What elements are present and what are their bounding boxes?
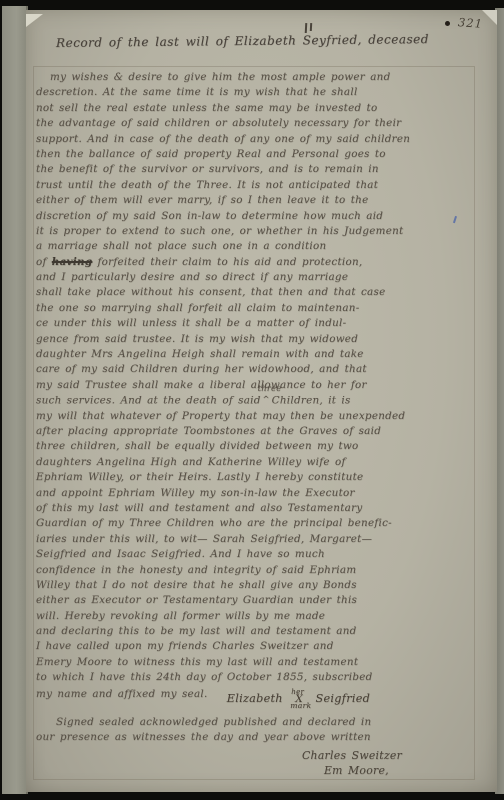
page-number: 321 xyxy=(458,15,484,31)
will-text-line: after placing appropriate Toombstones at… xyxy=(36,424,481,439)
caret-insertion: three xyxy=(261,393,272,403)
signature-first-name: Elizabeth xyxy=(227,692,283,705)
will-text: my wishes & desire to give him the most … xyxy=(36,70,481,782)
will-text-line: shall take place without his consent, th… xyxy=(36,285,481,300)
will-text-line: the one so marrying shall forfeit all cl… xyxy=(36,301,481,316)
will-text-line: I have called upon my friends Charles Sw… xyxy=(36,639,481,654)
inserted-word: three xyxy=(258,381,282,396)
testator-signature: Elizabeth her X mark Seigfried xyxy=(227,692,370,705)
page-corner-left xyxy=(26,14,43,27)
will-text-line: descretion. At the same time it is my wi… xyxy=(36,85,481,100)
will-text-line: ce under this will unless it shall be a … xyxy=(36,316,481,331)
will-body-lines: my wishes & desire to give him the most … xyxy=(36,70,481,686)
will-text-line: then the ballance of said property Real … xyxy=(36,147,481,162)
signature-mark-label: mark xyxy=(290,698,311,713)
will-text-line: iaries under this will, to wit— Sarah Se… xyxy=(36,532,481,547)
witness-signature-2: Em Moore, xyxy=(324,763,481,778)
will-text-line: and I particularly desire and so direct … xyxy=(36,270,481,285)
closing-line: my name and affixed my seal. xyxy=(36,688,208,700)
ink-blot-icon xyxy=(445,21,450,26)
will-text-line: it is proper to extend to such one, or w… xyxy=(36,224,481,239)
will-text-line: not sell the real estate unless the same… xyxy=(36,101,481,116)
line-segment: forfeited their claim to his aid and pro… xyxy=(92,256,362,268)
will-text-line: such services. And at the death of saidt… xyxy=(36,393,481,408)
will-text-line: a marriage shall not place such one in a… xyxy=(36,239,481,254)
will-text-line: of having forfeited their claim to his a… xyxy=(36,255,481,270)
struck-word: having xyxy=(52,256,93,268)
document-photo: 321 Record of the last will of Elizabeth… xyxy=(0,0,504,800)
closing-and-signature-row: my name and affixed my seal. Elizabeth h… xyxy=(36,686,481,701)
will-text-line: care of my said Children during her wido… xyxy=(36,362,481,377)
will-text-line: confidence in the honesty and integrity … xyxy=(36,563,481,578)
line-segment: of xyxy=(36,256,52,268)
will-text-line: gence from said trustee. It is my wish t… xyxy=(36,332,481,347)
will-text-line: Ephriam Willey, or their Heirs. Lastly I… xyxy=(36,470,481,485)
will-text-line: daughter Mrs Angelina Heigh shall remain… xyxy=(36,347,481,362)
book-gutter xyxy=(2,6,28,794)
line-segment: Children, it is xyxy=(272,395,351,407)
will-text-line: will. Hereby revoking all former wills b… xyxy=(36,609,481,624)
attestation-line: Signed sealed acknowledged published and… xyxy=(36,715,481,730)
will-text-line: and declaring this to be my last will an… xyxy=(36,624,481,639)
will-text-line: either as Executor or Testamentary Guard… xyxy=(36,593,481,608)
will-text-line: my will that whatever of Property that m… xyxy=(36,409,481,424)
line-segment: such services. And at the death of said xyxy=(36,395,261,407)
will-text-line: my wishes & desire to give him the most … xyxy=(36,70,481,85)
will-text-line: three children, shall be equally divided… xyxy=(36,439,481,454)
will-text-line: the benefit of the survivor or survivors… xyxy=(36,162,481,177)
will-text-line: the advantage of said children or absolu… xyxy=(36,116,481,131)
will-text-line: and appoint Ephriam Willey my son-in-law… xyxy=(36,486,481,501)
will-text-line: to which I have this 24th day of October… xyxy=(36,670,481,685)
will-text-line: Emery Moore to witness this my last will… xyxy=(36,655,481,670)
signature-last-name: Seigfried xyxy=(316,692,371,705)
attestation-clause: Signed sealed acknowledged published and… xyxy=(36,715,481,746)
will-text-line: Seigfried and Isaac Seigfried. And I hav… xyxy=(36,547,481,562)
witness-signature-1: Charles Sweitzer xyxy=(302,748,481,763)
record-title: Record of the last will of Elizabeth Sey… xyxy=(56,32,429,50)
will-text-line: support. And in case of the death of any… xyxy=(36,132,481,147)
will-text-line: daughters Angelina High and Katherine Wi… xyxy=(36,455,481,470)
will-text-line: of this my last will and testament and a… xyxy=(36,501,481,516)
page-corner-right xyxy=(482,10,497,25)
signature-mark-stack: her X mark xyxy=(290,692,313,705)
will-text-line: Willey that I do not desire that he shal… xyxy=(36,578,481,593)
witness-signatures: Charles Sweitzer Em Moore, xyxy=(36,748,481,779)
will-text-line: discretion of my said Son in-law to dete… xyxy=(36,209,481,224)
will-text-line: trust until the death of the Three. It i… xyxy=(36,178,481,193)
will-text-line: Guardian of my Three Children who are th… xyxy=(36,516,481,531)
will-record-page: 321 Record of the last will of Elizabeth… xyxy=(26,10,497,792)
will-text-line: either of them will ever marry, if so I … xyxy=(36,193,481,208)
attestation-line: our presence as witnesses the day and ye… xyxy=(36,730,481,745)
